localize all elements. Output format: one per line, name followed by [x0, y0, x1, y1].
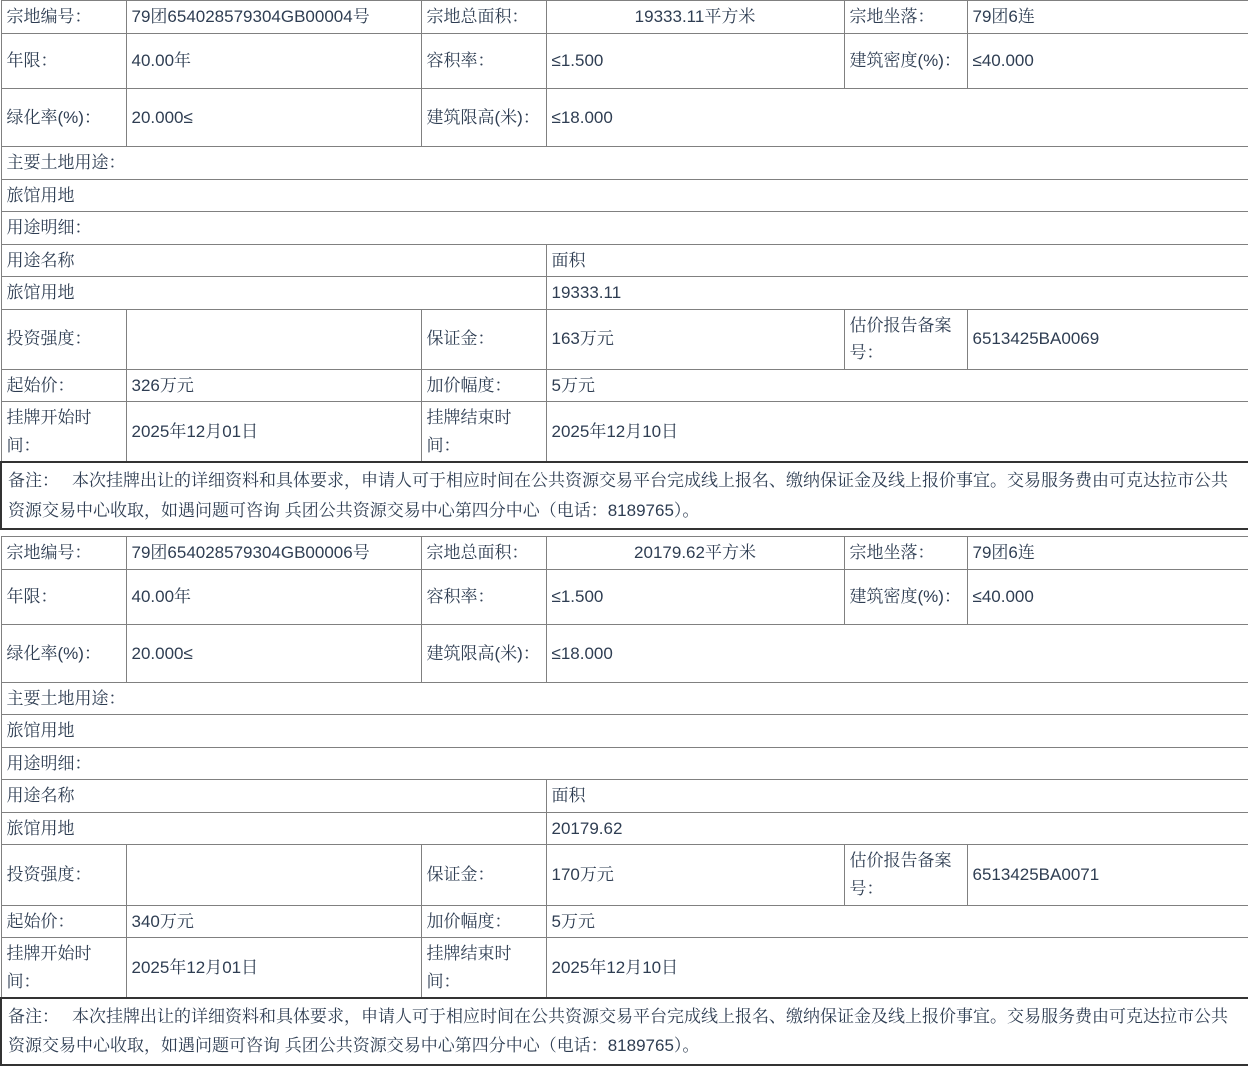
height-limit-label: 建筑限高(米)：	[421, 624, 546, 682]
table-row: 绿化率(%)： 20.000≤ 建筑限高(米)： ≤18.000	[1, 624, 1248, 682]
bid-increment-value: 5万元	[546, 905, 1248, 938]
table-row: 旅馆用地	[1, 179, 1248, 212]
bid-increment-label: 加价幅度：	[421, 905, 546, 938]
main-land-use-label: 主要土地用途：	[1, 682, 1248, 715]
use-detail-label: 用途明细：	[1, 747, 1248, 780]
parcel-table-2: 宗地编号： 79团654028579304GB00006号 宗地总面积： 201…	[0, 536, 1248, 1066]
deposit-value: 170万元	[546, 845, 844, 905]
remark-text: 本次挂牌出让的详细资料和具体要求，申请人可于相应时间在公共资源交易平台完成线上报…	[8, 1007, 1228, 1055]
appraisal-no-label: 估价报告备案号：	[844, 309, 967, 369]
investment-intensity-label: 投资强度：	[1, 845, 126, 905]
height-limit-value: ≤18.000	[546, 89, 1248, 147]
total-area-label: 宗地总面积：	[421, 536, 546, 569]
main-land-use-value: 旅馆用地	[1, 715, 1248, 748]
term-value: 40.00年	[126, 34, 421, 89]
total-area-value: 19333.11平方米	[546, 1, 844, 34]
listing-start-value: 2025年12月01日	[126, 938, 421, 999]
remark-cell: 备注：本次挂牌出让的详细资料和具体要求，申请人可于相应时间在公共资源交易平台完成…	[1, 462, 1248, 528]
listing-start-label: 挂牌开始时间：	[1, 938, 126, 999]
building-density-label: 建筑密度(%)：	[844, 569, 967, 624]
use-area-value: 20179.62	[546, 812, 1248, 845]
starting-price-label: 起始价：	[1, 369, 126, 402]
table-row: 用途明细：	[1, 212, 1248, 245]
bid-increment-label: 加价幅度：	[421, 369, 546, 402]
appraisal-no-value: 6513425BA0069	[967, 309, 1248, 369]
greening-rate-label: 绿化率(%)：	[1, 89, 126, 147]
appraisal-no-label: 估价报告备案号：	[844, 845, 967, 905]
appraisal-no-value: 6513425BA0071	[967, 845, 1248, 905]
table-row: 起始价： 340万元 加价幅度： 5万元	[1, 905, 1248, 938]
remark-label: 备注：	[8, 1007, 59, 1026]
table-row: 宗地编号： 79团654028579304GB00004号 宗地总面积： 193…	[1, 1, 1248, 34]
plot-ratio-label: 容积率：	[421, 34, 546, 89]
listing-start-label: 挂牌开始时间：	[1, 402, 126, 463]
term-value: 40.00年	[126, 569, 421, 624]
table-row: 用途名称 面积	[1, 244, 1248, 277]
table-row: 旅馆用地 20179.62	[1, 812, 1248, 845]
table-row: 投资强度： 保证金： 170万元 估价报告备案号： 6513425BA0071	[1, 845, 1248, 905]
greening-rate-value: 20.000≤	[126, 89, 421, 147]
table-row: 挂牌开始时间： 2025年12月01日 挂牌结束时间： 2025年12月10日	[1, 938, 1248, 999]
term-label: 年限：	[1, 569, 126, 624]
parcel-id-value: 79团654028579304GB00006号	[126, 536, 421, 569]
use-name-value: 旅馆用地	[1, 812, 546, 845]
table-row: 起始价： 326万元 加价幅度： 5万元	[1, 369, 1248, 402]
table-row: 用途明细：	[1, 747, 1248, 780]
listing-start-value: 2025年12月01日	[126, 402, 421, 463]
greening-rate-label: 绿化率(%)：	[1, 624, 126, 682]
table-row: 绿化率(%)： 20.000≤ 建筑限高(米)： ≤18.000	[1, 89, 1248, 147]
listing-end-value: 2025年12月10日	[546, 938, 1248, 999]
deposit-value: 163万元	[546, 309, 844, 369]
investment-intensity-label: 投资强度：	[1, 309, 126, 369]
plot-ratio-label: 容积率：	[421, 569, 546, 624]
main-land-use-value: 旅馆用地	[1, 179, 1248, 212]
use-detail-label: 用途明细：	[1, 212, 1248, 245]
listing-end-value: 2025年12月10日	[546, 402, 1248, 463]
starting-price-label: 起始价：	[1, 905, 126, 938]
remark-cell: 备注：本次挂牌出让的详细资料和具体要求，申请人可于相应时间在公共资源交易平台完成…	[1, 998, 1248, 1064]
location-value: 79团6连	[967, 1, 1248, 34]
plot-ratio-value: ≤1.500	[546, 569, 844, 624]
greening-rate-value: 20.000≤	[126, 624, 421, 682]
remark-label: 备注：	[8, 471, 59, 490]
plot-ratio-value: ≤1.500	[546, 34, 844, 89]
use-name-value: 旅馆用地	[1, 277, 546, 310]
area-header: 面积	[546, 780, 1248, 813]
building-density-value: ≤40.000	[967, 34, 1248, 89]
table-row: 主要土地用途：	[1, 147, 1248, 180]
bid-increment-value: 5万元	[546, 369, 1248, 402]
table-row: 年限： 40.00年 容积率： ≤1.500 建筑密度(%)： ≤40.000	[1, 34, 1248, 89]
use-name-header: 用途名称	[1, 780, 546, 813]
location-label: 宗地坐落：	[844, 536, 967, 569]
table-row: 旅馆用地	[1, 715, 1248, 748]
main-land-use-label: 主要土地用途：	[1, 147, 1248, 180]
area-header: 面积	[546, 244, 1248, 277]
height-limit-label: 建筑限高(米)：	[421, 89, 546, 147]
total-area-label: 宗地总面积：	[421, 1, 546, 34]
use-area-value: 19333.11	[546, 277, 1248, 310]
building-density-value: ≤40.000	[967, 569, 1248, 624]
listing-end-label: 挂牌结束时间：	[421, 402, 546, 463]
parcel-id-label: 宗地编号：	[1, 1, 126, 34]
table-row: 投资强度： 保证金： 163万元 估价报告备案号： 6513425BA0069	[1, 309, 1248, 369]
parcel-table-1: 宗地编号： 79团654028579304GB00004号 宗地总面积： 193…	[0, 0, 1248, 530]
use-name-header: 用途名称	[1, 244, 546, 277]
location-label: 宗地坐落：	[844, 1, 967, 34]
parcel-id-value: 79团654028579304GB00004号	[126, 1, 421, 34]
table-row: 宗地编号： 79团654028579304GB00006号 宗地总面积： 201…	[1, 536, 1248, 569]
table-row: 用途名称 面积	[1, 780, 1248, 813]
deposit-label: 保证金：	[421, 845, 546, 905]
listing-end-label: 挂牌结束时间：	[421, 938, 546, 999]
parcel-id-label: 宗地编号：	[1, 536, 126, 569]
starting-price-value: 340万元	[126, 905, 421, 938]
table-row: 年限： 40.00年 容积率： ≤1.500 建筑密度(%)： ≤40.000	[1, 569, 1248, 624]
building-density-label: 建筑密度(%)：	[844, 34, 967, 89]
table-row: 备注：本次挂牌出让的详细资料和具体要求，申请人可于相应时间在公共资源交易平台完成…	[1, 998, 1248, 1064]
term-label: 年限：	[1, 34, 126, 89]
remark-text: 本次挂牌出让的详细资料和具体要求，申请人可于相应时间在公共资源交易平台完成线上报…	[8, 471, 1228, 519]
investment-intensity-value	[126, 309, 421, 369]
location-value: 79团6连	[967, 536, 1248, 569]
starting-price-value: 326万元	[126, 369, 421, 402]
table-row: 备注：本次挂牌出让的详细资料和具体要求，申请人可于相应时间在公共资源交易平台完成…	[1, 462, 1248, 528]
table-row: 主要土地用途：	[1, 682, 1248, 715]
deposit-label: 保证金：	[421, 309, 546, 369]
total-area-value: 20179.62平方米	[546, 536, 844, 569]
height-limit-value: ≤18.000	[546, 624, 1248, 682]
investment-intensity-value	[126, 845, 421, 905]
table-row: 旅馆用地 19333.11	[1, 277, 1248, 310]
table-row: 挂牌开始时间： 2025年12月01日 挂牌结束时间： 2025年12月10日	[1, 402, 1248, 463]
